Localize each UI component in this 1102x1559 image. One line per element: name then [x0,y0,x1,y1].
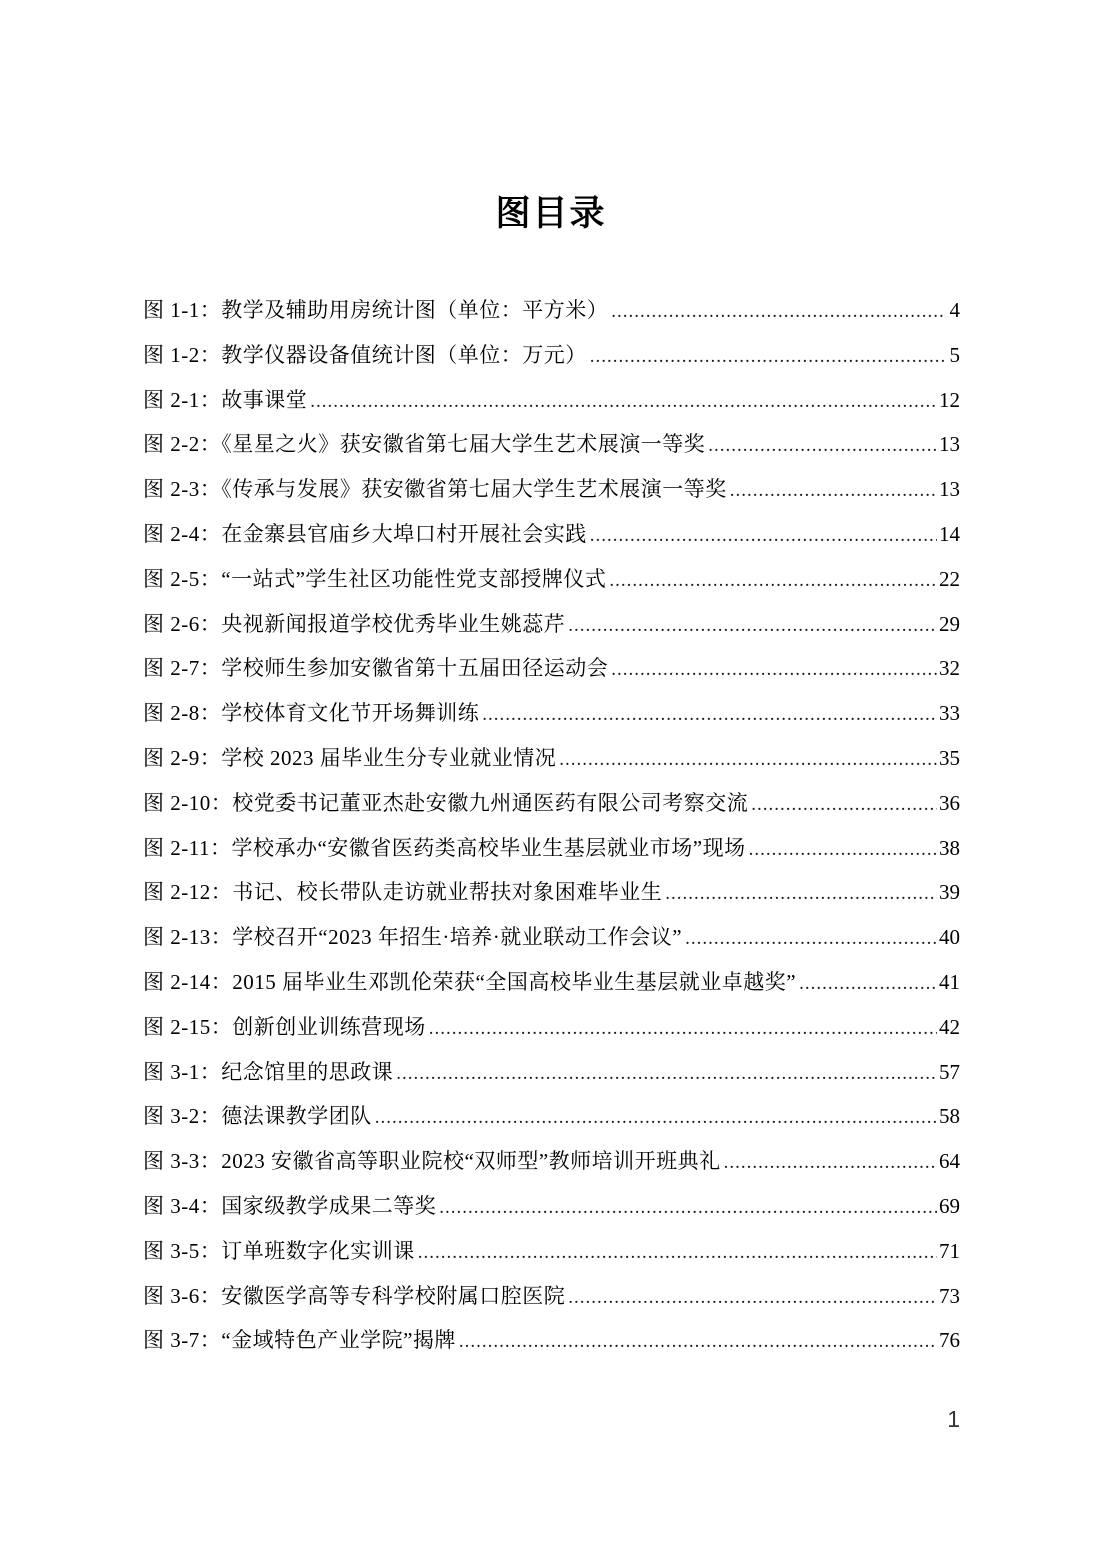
toc-entry-page: 29 [939,602,960,647]
toc-dot-leader [396,1050,937,1097]
toc-entry: 图 2-8：学校体育文化节开场舞训练33 [143,691,960,736]
toc-entry-label: 图 3-4：国家级教学成果二等奖 [143,1184,436,1229]
toc-dot-leader [375,1094,937,1141]
toc-dot-leader [799,960,937,1007]
toc-entry-page: 58 [939,1094,960,1139]
toc-entry: 图 2-2：《星星之火》获安徽省第七届大学生艺术展演一等奖13 [143,422,960,467]
toc-dot-leader [749,826,937,873]
toc-entry-label: 图 3-7：“金域特色产业学院”揭牌 [143,1318,456,1363]
toc-entry-page: 69 [939,1184,960,1229]
toc-entry-label: 图 1-1：教学及辅助用房统计图（单位：平方米） [143,288,608,333]
toc-dot-leader [611,646,937,693]
toc-entry: 图 1-1：教学及辅助用房统计图（单位：平方米）4 [143,288,960,333]
toc-entry-page: 57 [939,1050,960,1095]
toc-entry-label: 图 2-6：央视新闻报道学校优秀毕业生姚蕊芹 [143,602,565,647]
toc-entry-page: 76 [939,1318,960,1363]
toc-dot-leader [611,288,944,335]
toc-entry-label: 图 2-12：书记、校长带队走访就业帮扶对象困难毕业生 [143,870,662,915]
toc-entry-page: 12 [939,378,960,423]
toc-entry: 图 2-6：央视新闻报道学校优秀毕业生姚蕊芹29 [143,602,960,647]
toc-dot-leader [429,1005,937,1052]
toc-entry: 图 2-13：学校召开“2023 年招生·培养·就业联动工作会议”40 [143,915,960,960]
toc-dot-leader [439,1184,937,1231]
toc-entry: 图 3-3：2023 安徽省高等职业院校“双师型”教师培训开班典礼64 [143,1139,960,1184]
figure-toc-list: 图 1-1：教学及辅助用房统计图（单位：平方米）4图 1-2：教学仪器设备值统计… [143,288,960,1363]
toc-dot-leader [459,1318,937,1365]
toc-entry: 图 2-15：创新创业训练营现场42 [143,1005,960,1050]
toc-entry-page: 32 [939,646,960,691]
toc-dot-leader [568,602,937,649]
toc-dot-leader [482,691,937,738]
toc-dot-leader [685,915,937,962]
toc-dot-leader [590,512,937,559]
toc-entry-page: 22 [939,557,960,602]
toc-dot-leader [559,736,937,783]
toc-entry: 图 2-14：2015 届毕业生邓凯伦荣获“全国高校毕业生基层就业卓越奖”41 [143,960,960,1005]
toc-entry-label: 图 2-3：《传承与发展》获安徽省第七届大学生艺术展演一等奖 [143,467,727,512]
toc-entry-label: 图 2-13：学校召开“2023 年招生·培养·就业联动工作会议” [143,915,682,960]
toc-dot-leader [730,467,937,514]
toc-entry: 图 2-4：在金寨县官庙乡大埠口村开展社会实践14 [143,512,960,557]
toc-entry-page: 33 [939,691,960,736]
toc-entry-label: 图 2-1：故事课堂 [143,378,307,423]
toc-entry: 图 3-6：安徽医学高等专科学校附属口腔医院73 [143,1274,960,1319]
toc-entry-page: 14 [939,512,960,557]
toc-entry: 图 2-11：学校承办“安徽省医药类高校毕业生基层就业市场”现场38 [143,826,960,871]
toc-entry-page: 39 [939,870,960,915]
toc-entry-page: 40 [939,915,960,960]
toc-entry: 图 3-5：订单班数字化实训课71 [143,1229,960,1274]
page-title: 图目录 [0,193,1102,235]
toc-dot-leader [609,557,937,604]
toc-entry-label: 图 2-11：学校承办“安徽省医药类高校毕业生基层就业市场”现场 [143,826,746,871]
toc-entry-page: 36 [939,781,960,826]
toc-entry: 图 3-4：国家级教学成果二等奖69 [143,1184,960,1229]
toc-entry: 图 2-5：“一站式”学生社区功能性党支部授牌仪式22 [143,557,960,602]
toc-entry-page: 13 [939,467,960,512]
toc-entry-label: 图 2-10：校党委书记董亚杰赴安徽九州通医药有限公司考察交流 [143,781,748,826]
toc-entry: 图 2-3：《传承与发展》获安徽省第七届大学生艺术展演一等奖13 [143,467,960,512]
toc-entry-label: 图 2-9：学校 2023 届毕业生分专业就业情况 [143,736,556,781]
page-number: 1 [947,1406,960,1433]
toc-entry-label: 图 2-5：“一站式”学生社区功能性党支部授牌仪式 [143,557,606,602]
toc-entry: 图 2-12：书记、校长带队走访就业帮扶对象困难毕业生39 [143,870,960,915]
toc-entry-page: 71 [939,1229,960,1274]
toc-dot-leader [418,1229,937,1276]
toc-entry: 图 3-2：德法课教学团队58 [143,1094,960,1139]
toc-entry-label: 图 1-2：教学仪器设备值统计图（单位：万元） [143,333,587,378]
toc-entry-label: 图 3-6：安徽医学高等专科学校附属口腔医院 [143,1274,565,1319]
toc-entry: 图 1-2：教学仪器设备值统计图（单位：万元）5 [143,333,960,378]
toc-entry-page: 4 [946,288,960,333]
toc-entry-page: 5 [946,333,960,378]
toc-entry-label: 图 2-14：2015 届毕业生邓凯伦荣获“全国高校毕业生基层就业卓越奖” [143,960,796,1005]
toc-entry-page: 73 [939,1274,960,1319]
toc-dot-leader [751,781,937,828]
toc-entry: 图 3-1：纪念馆里的思政课57 [143,1050,960,1095]
toc-entry-label: 图 3-1：纪念馆里的思政课 [143,1050,393,1095]
toc-dot-leader [568,1274,937,1321]
toc-entry: 图 2-10：校党委书记董亚杰赴安徽九州通医药有限公司考察交流36 [143,781,960,826]
toc-dot-leader [724,1139,937,1186]
toc-entry-label: 图 2-15：创新创业训练营现场 [143,1005,426,1050]
toc-entry-page: 13 [939,422,960,467]
toc-entry: 图 3-7：“金域特色产业学院”揭牌76 [143,1318,960,1363]
toc-entry-label: 图 3-5：订单班数字化实训课 [143,1229,415,1274]
toc-entry: 图 2-7：学校师生参加安徽省第十五届田径运动会32 [143,646,960,691]
toc-dot-leader [310,378,937,425]
toc-entry-label: 图 2-2：《星星之火》获安徽省第七届大学生艺术展演一等奖 [143,422,705,467]
toc-dot-leader [708,422,937,469]
toc-entry-label: 图 2-7：学校师生参加安徽省第十五届田径运动会 [143,646,608,691]
toc-entry-label: 图 3-2：德法课教学团队 [143,1094,372,1139]
toc-dot-leader [665,870,937,917]
toc-entry-page: 38 [939,826,960,871]
toc-entry-page: 41 [939,960,960,1005]
toc-entry: 图 2-9：学校 2023 届毕业生分专业就业情况35 [143,736,960,781]
toc-entry-label: 图 2-4：在金寨县官庙乡大埠口村开展社会实践 [143,512,587,557]
toc-entry-page: 42 [939,1005,960,1050]
toc-entry-label: 图 3-3：2023 安徽省高等职业院校“双师型”教师培训开班典礼 [143,1139,721,1184]
toc-entry-page: 64 [939,1139,960,1184]
toc-entry-label: 图 2-8：学校体育文化节开场舞训练 [143,691,479,736]
toc-dot-leader [590,333,944,380]
toc-entry: 图 2-1：故事课堂12 [143,378,960,423]
document-page: 图目录 图 1-1：教学及辅助用房统计图（单位：平方米）4图 1-2：教学仪器设… [0,0,1102,1559]
toc-entry-page: 35 [939,736,960,781]
